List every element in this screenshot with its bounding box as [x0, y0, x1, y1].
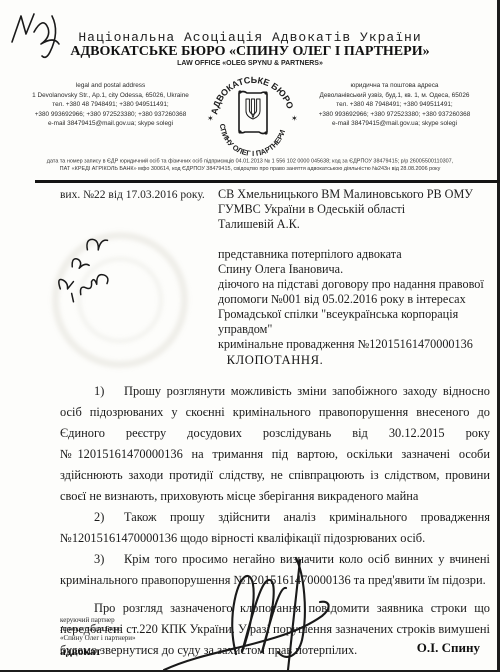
addressee-line: Талишевій А.К.	[218, 217, 498, 232]
paragraph-1: 1)Прошу розглянути можливість зміни запо…	[60, 381, 490, 507]
bureau-seal-icon: АДВОКАТСЬКЕ БЮРО СПИНУ ОЛЕГ І ПАРТНЕРИ ✶…	[206, 71, 300, 159]
bureau-title-en: LAW OFFICE «OLEG SPYNU & PARTNERS»	[0, 60, 500, 67]
handwritten-incoming-note-icon	[32, 212, 147, 312]
addressee-line: кримінальне провадження №120151614700001…	[218, 337, 498, 352]
addressee-line: Громадської спілки "всеукраїнська корпор…	[218, 307, 498, 322]
header-divider	[35, 180, 500, 183]
registry-line-2: ПАТ «КРЕДІ АГРІКОЛЬ БАНК» мфо 300614, ко…	[0, 164, 500, 171]
signer-name: О.І. Спину	[390, 640, 480, 656]
addressee-line	[218, 232, 498, 247]
svg-text:СПИНУ ОЛЕГ І ПАРТНЕРИ: СПИНУ ОЛЕГ І ПАРТНЕРИ	[218, 123, 287, 158]
address-ua-title: юридична та поштова адреса	[292, 81, 497, 91]
addressee-line: Спину Олега Івановича.	[218, 262, 498, 277]
seal-left-star-icon: ✶	[207, 114, 214, 123]
paragraph-2-text: Також прошу здійснити аналіз кримінально…	[60, 510, 490, 545]
addressee-block: СВ Хмельницького ВМ Малиновського РВ ОМУ…	[218, 187, 498, 352]
bureau-title: АДВОКАТСЬКЕ БЮРО «СПИНУ ОЛЕГ І ПАРТНЕРИ»	[0, 44, 500, 60]
addressee-line: СВ Хмельницького ВМ Малиновського РВ ОМУ	[218, 187, 498, 202]
scanned-document: Національна Асоціація Адвокатів України …	[0, 0, 500, 672]
signer-position-line: «Спину Олег і партнери»	[60, 634, 136, 643]
signer-position-line: Адвокатського Бюро	[60, 625, 136, 634]
signer-position-line: керуючий партнер	[60, 616, 136, 625]
addressee-line: представника потерпілого адвоката	[218, 247, 498, 262]
seal-scroll-icon	[238, 90, 267, 134]
association-title: Національна Асоціація Адвокатів України	[0, 30, 500, 45]
outgoing-reference: вих. №22 від 17.03.2016 року.	[60, 189, 205, 201]
paragraph-2-number: 2)	[94, 507, 124, 528]
addressee-line: діючого на підставі договору про надання…	[218, 277, 498, 292]
address-block-en: legal and postal address 1 Devolanovsky …	[8, 81, 213, 129]
address-ua-phone1: тел. +380 48 7948491; +380 949511491;	[292, 100, 497, 110]
address-block-ua: юридична та поштова адреса Деволанівськи…	[292, 81, 497, 129]
address-ua-email: e-mail 38479415@mail.gov.ua; skype soleg…	[292, 119, 497, 129]
paragraph-1-text: Прошу розглянути можливість зміни запобі…	[60, 384, 490, 503]
registry-line-1: дата та номер запису в ЄДР юридичний осі…	[0, 157, 500, 164]
paragraph-2: 2)Також прошу здійснити аналіз криміналь…	[60, 507, 490, 549]
address-ua-phone2: +380 993692966; +380 972523380; +380 937…	[292, 110, 497, 120]
addressee-line: допомоги №001 від 05.02.2016 року в інте…	[218, 292, 498, 307]
signer-position-block: керуючий партнер Адвокатського Бюро «Спи…	[60, 616, 136, 643]
address-en-title: legal and postal address	[8, 81, 213, 91]
petition-title: КЛОПОТАННЯ.	[60, 353, 490, 368]
address-ua-street: Деволанівський узвіз, буд.1, кв. 1, м. О…	[292, 91, 497, 101]
address-en-phone1: тел. +380 48 7948491; +380 949511491;	[8, 100, 213, 110]
trident-icon	[246, 99, 260, 119]
seal-bottom-text: СПИНУ ОЛЕГ І ПАРТНЕРИ	[218, 123, 287, 158]
address-en-email: e-mail 38479415@mail.gov.ua; skype soleg…	[8, 119, 213, 129]
address-en-street: 1 Devolanovsky Str., Ap.1, city Odessa, …	[8, 91, 213, 101]
signer-role: адвокат	[60, 646, 101, 658]
signature-icon	[150, 548, 350, 672]
address-en-phone2: +380 993692966; +380 972523380; +380 937…	[8, 110, 213, 120]
seal-top-text: АДВОКАТСЬКЕ БЮРО	[209, 75, 295, 115]
paragraph-3-number: 3)	[94, 549, 124, 570]
addressee-line: управдом"	[218, 322, 498, 337]
paragraph-1-number: 1)	[94, 381, 124, 402]
addressee-line: ГУМВС України в Одеській області	[218, 202, 498, 217]
svg-text:АДВОКАТСЬКЕ БЮРО: АДВОКАТСЬКЕ БЮРО	[209, 75, 295, 115]
registry-info: дата та номер запису в ЄДР юридичний осі…	[0, 157, 500, 172]
